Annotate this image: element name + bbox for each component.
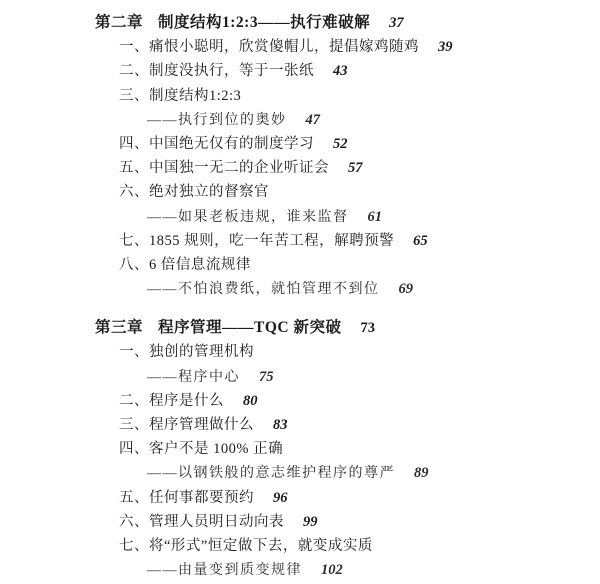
page-number: 65 [413, 233, 428, 249]
item-number: 一、 [119, 39, 149, 55]
page-number: 57 [348, 160, 363, 176]
toc-item-row: 七、1855 规则，吃一年苦工程，解聘预警65 [119, 229, 600, 253]
page-number: 73 [360, 320, 375, 336]
toc-item-row: 二、制度没执行，等于一张纸43 [119, 59, 600, 83]
toc-item-row: 六、管理人员明日动向表99 [119, 510, 600, 534]
item-title: 制度没执行，等于一张纸 [149, 63, 314, 79]
toc-item-row: 四、中国绝无仅有的制度学习52 [119, 132, 600, 156]
item-number: 五、 [119, 490, 149, 506]
chapter-label: 第三章 [95, 319, 143, 336]
item-number: 二、 [119, 63, 149, 79]
page-number: 39 [438, 39, 453, 55]
item-title: 程序是什么 [149, 393, 224, 409]
item-number: 七、 [119, 538, 149, 554]
toc-sub-row: ——不怕浪费纸，就怕管理不到位69 [147, 277, 600, 301]
subentry-title: ——执行到位的奥妙 [147, 113, 287, 128]
subentry-title: ——由量变到质变规律 [147, 563, 302, 578]
page-number: 69 [399, 281, 414, 297]
item-title: 痛恨小聪明，欣赏傻帽儿，提倡嫁鸡随鸡 [149, 39, 419, 55]
toc-item-row: 八、6 倍信息流规律 [119, 253, 600, 277]
item-title: 将“形式”恒定做下去，就变成实质 [149, 538, 373, 554]
item-number: 二、 [119, 393, 149, 409]
subentry-title: ——如果老板违规，谁来监督 [147, 210, 349, 225]
page-number: 80 [243, 393, 258, 409]
item-title: 制度结构1:2:3 [149, 88, 241, 104]
item-number: 五、 [119, 160, 149, 176]
page-number: 83 [273, 417, 288, 433]
page-number: 37 [389, 15, 404, 31]
item-number: 八、 [119, 257, 149, 273]
page-number: 96 [273, 490, 288, 506]
item-title: 程序管理做什么 [149, 417, 254, 433]
item-title: 独创的管理机构 [149, 344, 254, 360]
item-number: 三、 [119, 88, 149, 104]
item-number: 一、 [119, 344, 149, 360]
chapter-label: 第二章 [95, 14, 143, 31]
page-number: 43 [333, 63, 348, 79]
toc-sub-row: ——以钢铁般的意志维护程序的尊严89 [147, 461, 600, 485]
table-of-contents: 第二章制度结构1:2:3——执行难破解37一、痛恨小聪明，欣赏傻帽儿，提倡嫁鸡随… [0, 0, 600, 582]
toc-item-row: 一、痛恨小聪明，欣赏傻帽儿，提倡嫁鸡随鸡39 [119, 35, 600, 59]
page-number: 75 [259, 369, 274, 385]
toc-item-row: 五、中国独一无二的企业听证会57 [119, 156, 600, 180]
item-title: 中国绝无仅有的制度学习 [149, 136, 314, 152]
item-title: 任何事都要预约 [149, 490, 254, 506]
item-number: 四、 [119, 441, 149, 457]
toc-item-row: 六、绝对独立的督察官 [119, 180, 600, 204]
toc-chapter-row: 第三章程序管理——TQC 新突破73 [95, 316, 600, 340]
toc-sub-row: ——如果老板违规，谁来监督61 [147, 205, 600, 229]
toc-item-row: 一、独创的管理机构 [119, 340, 600, 364]
item-title: 客户不是 100% 正确 [149, 441, 283, 457]
item-title: 绝对独立的督察官 [149, 184, 269, 200]
item-number: 四、 [119, 136, 149, 152]
item-number: 六、 [119, 514, 149, 530]
subentry-title: ——不怕浪费纸，就怕管理不到位 [147, 282, 380, 297]
toc-sub-row: ——执行到位的奥妙47 [147, 108, 600, 132]
page-number: 99 [303, 514, 318, 530]
item-title: 6 倍信息流规律 [149, 257, 251, 273]
item-title: 1855 规则，吃一年苦工程，解聘预警 [149, 233, 394, 249]
page-number: 89 [414, 465, 429, 481]
toc-item-row: 三、制度结构1:2:3 [119, 84, 600, 108]
item-number: 七、 [119, 233, 149, 249]
page-number: 52 [333, 136, 348, 152]
page-number: 61 [368, 209, 383, 225]
chapter-title: 程序管理——TQC 新突破 [158, 319, 341, 336]
item-title: 管理人员明日动向表 [149, 514, 284, 530]
toc-item-row: 七、将“形式”恒定做下去，就变成实质 [119, 534, 600, 558]
toc-item-row: 三、程序管理做什么83 [119, 413, 600, 437]
toc-item-row: 四、客户不是 100% 正确 [119, 437, 600, 461]
item-title: 中国独一无二的企业听证会 [149, 160, 329, 176]
subentry-title: ——以钢铁般的意志维护程序的尊严 [147, 466, 395, 481]
toc-sub-row: ——程序中心75 [147, 365, 600, 389]
toc-sub-row: ——由量变到质变规律102 [147, 558, 600, 582]
toc-chapter-row: 第二章制度结构1:2:3——执行难破解37 [95, 11, 600, 35]
page-number: 47 [306, 112, 321, 128]
subentry-title: ——程序中心 [147, 370, 240, 385]
page-number: 102 [321, 562, 343, 578]
chapter-title: 制度结构1:2:3——执行难破解 [158, 14, 370, 31]
toc-item-row: 五、任何事都要预约96 [119, 486, 600, 510]
toc-item-row: 二、程序是什么80 [119, 389, 600, 413]
item-number: 三、 [119, 417, 149, 433]
item-number: 六、 [119, 184, 149, 200]
